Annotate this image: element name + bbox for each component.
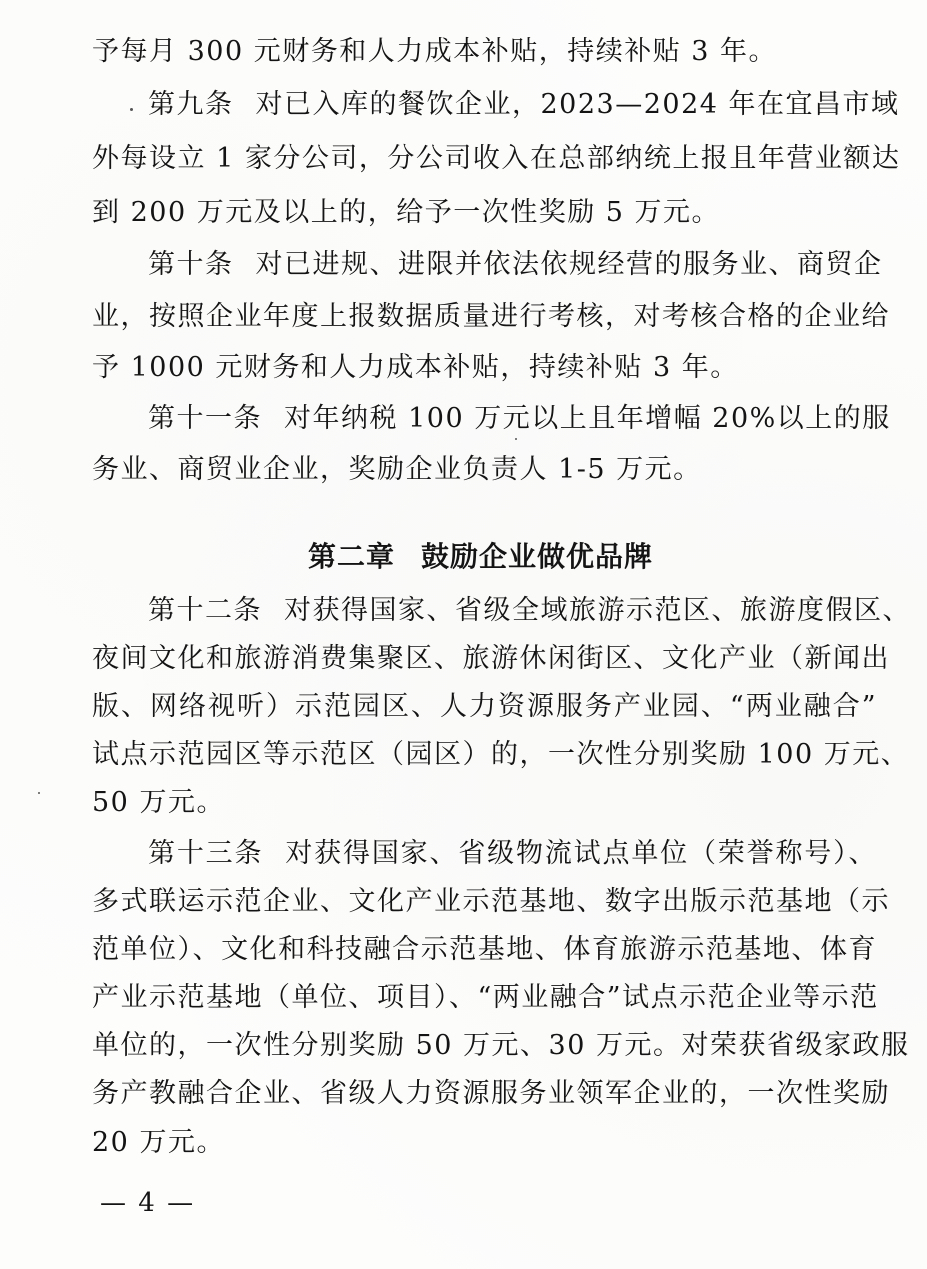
document-page: 予每月 300 元财务和人力成本补贴，持续补贴 3 年。 第九条对已入库的餐饮企…: [0, 0, 927, 1269]
paragraph-line: 业，按照企业年度上报数据质量进行考核，对考核合格的企业给: [92, 301, 877, 333]
article-number: 第十一条: [148, 403, 262, 434]
article-number: 第十条: [148, 249, 234, 280]
line-text: 对已进规、进限并依法依规经营的服务业、商贸企: [256, 249, 883, 280]
article-10-line: 第十条对已进规、进限并依法依规经营的服务业、商贸企: [148, 249, 877, 281]
article-9-line: 第九条对已入库的餐饮企业，2023—2024 年在宜昌市域: [148, 89, 877, 121]
line-text: 到 200 万元及以上的，给予一次性奖励 5 万元。: [92, 197, 720, 228]
paragraph-line: 外每设立 1 家分公司，分公司收入在总部纳统上报且年营业额达: [92, 143, 877, 175]
line-text: 50 万元。: [92, 787, 225, 818]
paragraph-line: 务产教融合企业、省级人力资源服务业领军企业的，一次性奖励: [92, 1078, 877, 1110]
article-number: 第十二条: [148, 595, 262, 626]
chapter-title: 鼓励企业做优品牌: [421, 540, 653, 573]
article-number: 第九条: [148, 89, 234, 120]
article-12-line: 第十二条对获得国家、省级全域旅游示范区、旅游度假区、: [148, 595, 877, 627]
paragraph-line: 版、网络视听）示范园区、人力资源服务产业园、“两业融合”: [92, 691, 877, 723]
line-text: 务业、商贸业企业，奖励企业负责人 1-5 万元。: [92, 454, 702, 485]
line-text: 务产教融合企业、省级人力资源服务业领军企业的，一次性奖励: [92, 1078, 890, 1109]
article-number: 第十三条: [148, 838, 263, 869]
page-number: — 4 —: [100, 1188, 195, 1218]
line-text: 多式联运示范企业、文化产业示范基地、数字出版示范基地（示: [92, 886, 890, 917]
paragraph-line: 试点示范园区等示范区（园区）的，一次性分别奖励 100 万元、: [92, 739, 877, 771]
paragraph-line: 单位的，一次性分别奖励 50 万元、30 万元。对荣获省级家政服: [92, 1030, 877, 1062]
line-text: 产业示范基地（单位、项目）、“两业融合”试点示范企业等示范: [92, 982, 879, 1013]
line-text: 对获得国家、省级全域旅游示范区、旅游度假区、: [284, 595, 911, 626]
line-text: 版、网络视听）示范园区、人力资源服务产业园、“两业融合”: [92, 691, 877, 722]
paragraph-line: 50 万元。: [92, 787, 877, 819]
line-text: 业，按照企业年度上报数据质量进行考核，对考核合格的企业给: [92, 301, 890, 332]
scan-speck: [38, 792, 40, 794]
article-13-line: 第十三条对获得国家、省级物流试点单位（荣誉称号）、: [148, 838, 877, 870]
line-text: 对获得国家、省级物流试点单位（荣誉称号）、: [285, 838, 877, 869]
line-text: 夜间文化和旅游消费集聚区、旅游休闲街区、文化产业（新闻出: [92, 643, 890, 674]
paragraph-line: 务业、商贸业企业，奖励企业负责人 1-5 万元。: [92, 454, 877, 486]
paragraph-line: 予每月 300 元财务和人力成本补贴，持续补贴 3 年。: [92, 36, 877, 68]
chapter-heading: 第二章鼓励企业做优品牌: [0, 540, 927, 574]
line-text: 予 1000 元财务和人力成本补贴，持续补贴 3 年。: [92, 352, 739, 383]
paragraph-line: 产业示范基地（单位、项目）、“两业融合”试点示范企业等示范: [92, 982, 877, 1014]
paragraph-line: 夜间文化和旅游消费集聚区、旅游休闲街区、文化产业（新闻出: [92, 643, 877, 675]
paragraph-line: 范单位）、文化和科技融合示范基地、体育旅游示范基地、体育: [92, 934, 877, 966]
line-text: 外每设立 1 家分公司，分公司收入在总部纳统上报且年营业额达: [92, 143, 900, 174]
line-text: 试点示范园区等示范区（园区）的，一次性分别奖励 100 万元、: [92, 739, 909, 770]
scan-speck: [130, 108, 133, 111]
paragraph-line: 多式联运示范企业、文化产业示范基地、数字出版示范基地（示: [92, 886, 877, 918]
line-text: 对已入库的餐饮企业，2023—2024 年在宜昌市域: [256, 89, 900, 120]
paragraph-line: 到 200 万元及以上的，给予一次性奖励 5 万元。: [92, 197, 877, 229]
paragraph-line: 20 万元。: [92, 1127, 877, 1159]
line-text: 予每月 300 元财务和人力成本补贴，持续补贴 3 年。: [92, 36, 777, 67]
scan-speck: [515, 438, 517, 440]
line-text: 范单位）、文化和科技融合示范基地、体育旅游示范基地、体育: [92, 934, 877, 965]
article-11-line: 第十一条对年纳税 100 万元以上且年增幅 20%以上的服: [148, 403, 877, 435]
line-text: 单位的，一次性分别奖励 50 万元、30 万元。对荣获省级家政服: [92, 1030, 909, 1061]
chapter-number: 第二章: [308, 540, 395, 573]
paragraph-line: 予 1000 元财务和人力成本补贴，持续补贴 3 年。: [92, 352, 877, 384]
line-text: 对年纳税 100 万元以上且年增幅 20%以上的服: [284, 403, 891, 434]
line-text: 20 万元。: [92, 1127, 225, 1158]
